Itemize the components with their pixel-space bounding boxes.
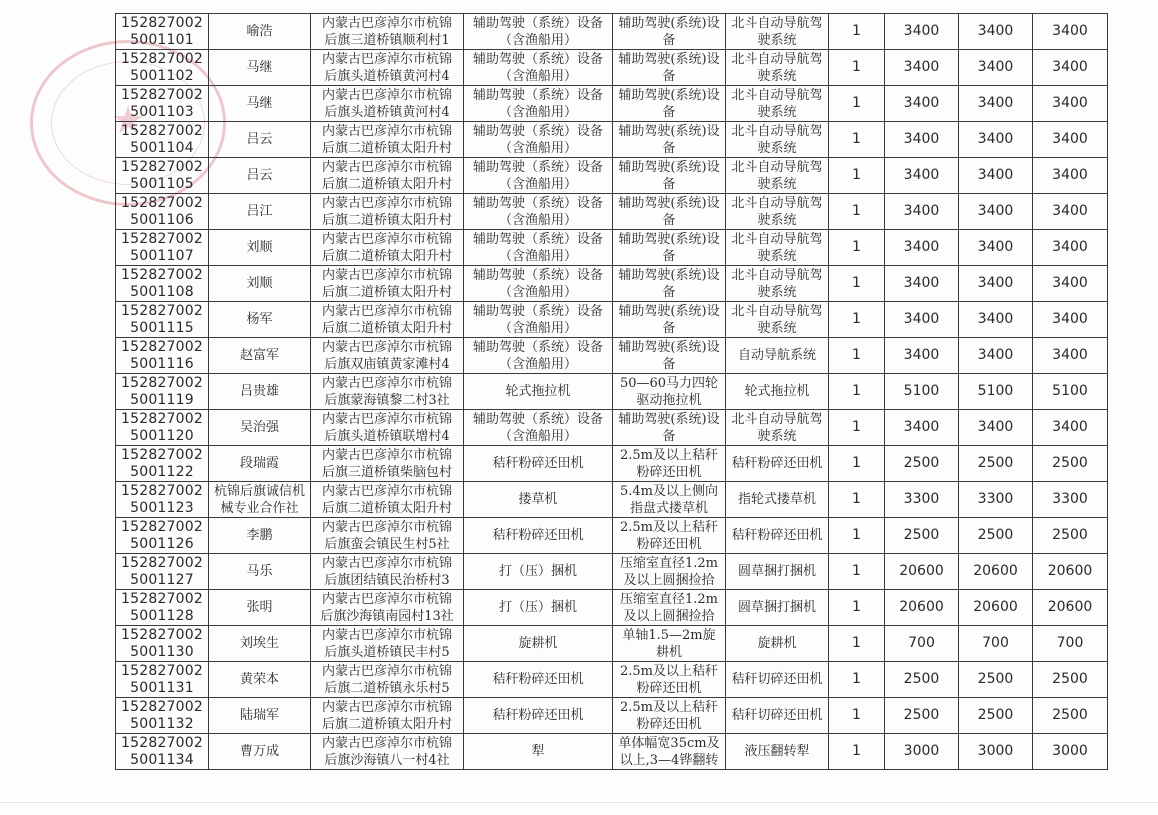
cell-machine-grade: 辅助驾驶(系统)设备	[613, 230, 726, 266]
cell-line: 152827002	[118, 663, 206, 680]
cell-application-id: 1528270025001103	[116, 86, 209, 122]
cell-machine-grade: 辅助驾驶(系统)设备	[613, 266, 726, 302]
cell-line: （含渔船用）	[466, 428, 610, 445]
cell-machine-grade: 5.4m及以上侧向指盘式搂草机	[613, 482, 726, 518]
cell-subsidy-total: 20600	[1033, 554, 1108, 590]
cell-line: 5001120	[118, 428, 206, 445]
cell-applicant-name: 吕云	[209, 158, 311, 194]
table-body: 1528270025001101喻浩内蒙古巴彦淖尔市杭锦后旗三道桥镇顺利村1辅助…	[116, 14, 1108, 770]
cell-line: 后旗二道桥镇太阳升村	[313, 716, 461, 733]
cell-subsidy-standard: 2500	[885, 698, 959, 734]
cell-line: 内蒙古巴彦淖尔市杭锦	[313, 411, 461, 428]
table-row: 1528270025001106吕江内蒙古巴彦淖尔市杭锦后旗二道桥镇太阳升村辅助…	[116, 194, 1108, 230]
cell-applicant-name: 张明	[209, 590, 311, 626]
table-row: 1528270025001122段瑞霞内蒙古巴彦淖尔市杭锦后旗三道桥镇柴脑包村秸…	[116, 446, 1108, 482]
cell-subsidy-amount: 3400	[959, 86, 1033, 122]
cell-quantity: 1	[829, 374, 885, 410]
cell-machine-grade: 单轴1.5—2m旋耕机	[613, 626, 726, 662]
cell-machine-grade: 2.5m及以上秸秆粉碎还田机	[613, 446, 726, 482]
cell-line: 内蒙古巴彦淖尔市杭锦	[313, 663, 461, 680]
cell-machine-category: 辅助驾驶（系统）设备（含渔船用）	[464, 410, 613, 446]
cell-line: 粉碎还田机	[615, 464, 723, 481]
cell-line: 驶系统	[728, 104, 826, 121]
cell-line: 圆草捆打捆机	[728, 563, 826, 580]
cell-line: 内蒙古巴彦淖尔市杭锦	[313, 627, 461, 644]
cell-machine-category: 辅助驾驶（系统）设备（含渔船用）	[464, 50, 613, 86]
cell-line: 单体幅宽35cm及	[615, 735, 723, 752]
cell-machine-category: 辅助驾驶（系统）设备（含渔船用）	[464, 14, 613, 50]
cell-machine-grade: 单体幅宽35cm及以上,3—4铧翻转	[613, 734, 726, 770]
cell-line: 辅助驾驶（系统）设备	[466, 411, 610, 428]
cell-line: 后旗二道桥镇太阳升村	[313, 176, 461, 193]
cell-address: 内蒙古巴彦淖尔市杭锦后旗二道桥镇太阳升村	[311, 194, 464, 230]
cell-machine-model: 圆草捆打捆机	[726, 554, 829, 590]
cell-machine-grade: 辅助驾驶(系统)设备	[613, 14, 726, 50]
cell-line: 打（压）捆机	[466, 599, 610, 616]
cell-line: 后旗二道桥镇太阳升村	[313, 212, 461, 229]
cell-applicant-name: 吕江	[209, 194, 311, 230]
cell-subsidy-standard: 3400	[885, 302, 959, 338]
cell-line: 152827002	[118, 87, 206, 104]
cell-line: 152827002	[118, 447, 206, 464]
cell-applicant-name: 马乐	[209, 554, 311, 590]
table-row: 1528270025001131黄荣本内蒙古巴彦淖尔市杭锦后旗二道桥镇永乐村5秸…	[116, 662, 1108, 698]
cell-line: 北斗自动导航驾	[728, 123, 826, 140]
cell-line: 及以上圆捆捡拾	[615, 572, 723, 589]
cell-quantity: 1	[829, 86, 885, 122]
table-row: 1528270025001128张明内蒙古巴彦淖尔市杭锦后旗沙海镇南园村13社打…	[116, 590, 1108, 626]
cell-machine-model: 北斗自动导航驾驶系统	[726, 14, 829, 50]
table-row: 1528270025001123杭锦后旗诚信机械专业合作社内蒙古巴彦淖尔市杭锦后…	[116, 482, 1108, 518]
cell-line: 后旗沙海镇八一村4社	[313, 752, 461, 769]
cell-subsidy-standard: 3400	[885, 230, 959, 266]
cell-subsidy-standard: 2500	[885, 662, 959, 698]
cell-line: 液压翻转犁	[728, 743, 826, 760]
cell-line: 152827002	[118, 375, 206, 392]
cell-line: 50—60马力四轮	[615, 375, 723, 392]
cell-line: 辅助驾驶(系统)设	[615, 303, 723, 320]
cell-line: 152827002	[118, 519, 206, 536]
cell-machine-model: 轮式拖拉机	[726, 374, 829, 410]
cell-subsidy-standard: 20600	[885, 554, 959, 590]
cell-line: 后旗二道桥镇太阳升村	[313, 320, 461, 337]
cell-address: 内蒙古巴彦淖尔市杭锦后旗二道桥镇永乐村5	[311, 662, 464, 698]
cell-subsidy-standard: 20600	[885, 590, 959, 626]
cell-subsidy-total: 3400	[1033, 194, 1108, 230]
cell-line: 辅助驾驶(系统)设	[615, 267, 723, 284]
cell-machine-model: 秸秆粉碎还田机	[726, 518, 829, 554]
cell-line: 秸秆切碎还田机	[728, 707, 826, 724]
cell-machine-grade: 压缩室直径1.2m及以上圆捆捡拾	[613, 554, 726, 590]
cell-subsidy-total: 3000	[1033, 734, 1108, 770]
cell-line: 备	[615, 32, 723, 49]
cell-line: 152827002	[118, 411, 206, 428]
table-row: 1528270025001105吕云内蒙古巴彦淖尔市杭锦后旗二道桥镇太阳升村辅助…	[116, 158, 1108, 194]
cell-application-id: 1528270025001127	[116, 554, 209, 590]
cell-line: 5001130	[118, 644, 206, 661]
cell-line: 内蒙古巴彦淖尔市杭锦	[313, 123, 461, 140]
cell-machine-category: 搂草机	[464, 482, 613, 518]
table-row: 1528270025001104吕云内蒙古巴彦淖尔市杭锦后旗二道桥镇太阳升村辅助…	[116, 122, 1108, 158]
cell-subsidy-amount: 20600	[959, 554, 1033, 590]
cell-line: 152827002	[118, 123, 206, 140]
cell-line: （含渔船用）	[466, 32, 610, 49]
cell-line: 152827002	[118, 483, 206, 500]
cell-application-id: 1528270025001119	[116, 374, 209, 410]
cell-line: 5001123	[118, 500, 206, 517]
cell-machine-grade: 辅助驾驶(系统)设备	[613, 122, 726, 158]
cell-subsidy-amount: 3400	[959, 158, 1033, 194]
cell-line: 5001106	[118, 212, 206, 229]
cell-line: 犁	[466, 743, 610, 760]
table-row: 1528270025001107刘顺内蒙古巴彦淖尔市杭锦后旗二道桥镇太阳升村辅助…	[116, 230, 1108, 266]
cell-line: 152827002	[118, 627, 206, 644]
table-row: 1528270025001134曹万成内蒙古巴彦淖尔市杭锦后旗沙海镇八一村4社犁…	[116, 734, 1108, 770]
cell-subsidy-amount: 3000	[959, 734, 1033, 770]
cell-machine-category: 辅助驾驶（系统）设备（含渔船用）	[464, 302, 613, 338]
cell-subsidy-amount: 2500	[959, 518, 1033, 554]
cell-quantity: 1	[829, 122, 885, 158]
cell-line: 5001131	[118, 680, 206, 697]
cell-machine-category: 秸秆粉碎还田机	[464, 518, 613, 554]
cell-machine-model: 指轮式搂草机	[726, 482, 829, 518]
cell-line: 5001107	[118, 248, 206, 265]
cell-address: 内蒙古巴彦淖尔市杭锦后旗二道桥镇太阳升村	[311, 230, 464, 266]
cell-application-id: 1528270025001128	[116, 590, 209, 626]
cell-line: 辅助驾驶（系统）设备	[466, 51, 610, 68]
cell-subsidy-total: 3400	[1033, 14, 1108, 50]
cell-line: 辅助驾驶(系统)设	[615, 51, 723, 68]
cell-subsidy-amount: 3400	[959, 230, 1033, 266]
cell-subsidy-total: 3400	[1033, 230, 1108, 266]
cell-machine-model: 北斗自动导航驾驶系统	[726, 194, 829, 230]
cell-quantity: 1	[829, 626, 885, 662]
cell-line: 辅助驾驶(系统)设	[615, 159, 723, 176]
cell-line: 内蒙古巴彦淖尔市杭锦	[313, 375, 461, 392]
cell-quantity: 1	[829, 446, 885, 482]
cell-line: 152827002	[118, 735, 206, 752]
cell-application-id: 1528270025001104	[116, 122, 209, 158]
cell-line: 内蒙古巴彦淖尔市杭锦	[313, 267, 461, 284]
cell-line: 内蒙古巴彦淖尔市杭锦	[313, 591, 461, 608]
cell-subsidy-standard: 2500	[885, 518, 959, 554]
cell-line: 152827002	[118, 195, 206, 212]
cell-application-id: 1528270025001102	[116, 50, 209, 86]
cell-subsidy-standard: 3400	[885, 158, 959, 194]
cell-applicant-name: 曹万成	[209, 734, 311, 770]
cell-machine-category: 辅助驾驶（系统）设备（含渔船用）	[464, 338, 613, 374]
cell-application-id: 1528270025001130	[116, 626, 209, 662]
subsidy-table: 1528270025001101喻浩内蒙古巴彦淖尔市杭锦后旗三道桥镇顺利村1辅助…	[115, 13, 1108, 770]
cell-applicant-name: 刘埃生	[209, 626, 311, 662]
cell-applicant-name: 赵富军	[209, 338, 311, 374]
cell-line: 5001119	[118, 392, 206, 409]
cell-line: 压缩室直径1.2m	[615, 555, 723, 572]
cell-applicant-name: 马继	[209, 50, 311, 86]
cell-machine-grade: 2.5m及以上秸秆粉碎还田机	[613, 518, 726, 554]
cell-line: 辅助驾驶（系统）设备	[466, 267, 610, 284]
table-row: 1528270025001101喻浩内蒙古巴彦淖尔市杭锦后旗三道桥镇顺利村1辅助…	[116, 14, 1108, 50]
cell-line: 辅助驾驶(系统)设	[615, 231, 723, 248]
cell-line: 152827002	[118, 339, 206, 356]
cell-quantity: 1	[829, 194, 885, 230]
cell-subsidy-amount: 2500	[959, 446, 1033, 482]
cell-line: 打（压）捆机	[466, 563, 610, 580]
cell-line: 粉碎还田机	[615, 536, 723, 553]
cell-subsidy-total: 2500	[1033, 518, 1108, 554]
cell-line: 驶系统	[728, 140, 826, 157]
cell-applicant-name: 喻浩	[209, 14, 311, 50]
cell-line: 后旗二道桥镇永乐村5	[313, 680, 461, 697]
cell-line: 后旗头道桥镇联增村4	[313, 428, 461, 445]
cell-machine-model: 北斗自动导航驾驶系统	[726, 302, 829, 338]
cell-line: 辅助驾驶（系统）设备	[466, 231, 610, 248]
cell-line: 北斗自动导航驾	[728, 15, 826, 32]
cell-line: 后旗二道桥镇太阳升村	[313, 284, 461, 301]
cell-line: 北斗自动导航驾	[728, 51, 826, 68]
table-row: 1528270025001108刘顺内蒙古巴彦淖尔市杭锦后旗二道桥镇太阳升村辅助…	[116, 266, 1108, 302]
cell-machine-grade: 辅助驾驶(系统)设备	[613, 86, 726, 122]
cell-line: 152827002	[118, 159, 206, 176]
cell-subsidy-standard: 3300	[885, 482, 959, 518]
cell-subsidy-total: 2500	[1033, 698, 1108, 734]
cell-line: 北斗自动导航驾	[728, 159, 826, 176]
cell-machine-model: 北斗自动导航驾驶系统	[726, 230, 829, 266]
cell-line: 秸秆粉碎还田机	[466, 527, 610, 544]
cell-applicant-name: 吴治强	[209, 410, 311, 446]
cell-line: 驶系统	[728, 284, 826, 301]
cell-applicant-name: 李鹏	[209, 518, 311, 554]
cell-line: 5001126	[118, 536, 206, 553]
cell-line: 备	[615, 212, 723, 229]
cell-line: 指轮式搂草机	[728, 491, 826, 508]
cell-address: 内蒙古巴彦淖尔市杭锦后旗二道桥镇太阳升村	[311, 698, 464, 734]
cell-line: 辅助驾驶（系统）设备	[466, 339, 610, 356]
cell-machine-grade: 2.5m及以上秸秆粉碎还田机	[613, 698, 726, 734]
cell-line: 152827002	[118, 231, 206, 248]
cell-line: 后旗双庙镇黄家滩村4	[313, 356, 461, 373]
cell-quantity: 1	[829, 158, 885, 194]
cell-machine-category: 轮式拖拉机	[464, 374, 613, 410]
table-row: 1528270025001130刘埃生内蒙古巴彦淖尔市杭锦后旗头道桥镇民丰村5旋…	[116, 626, 1108, 662]
cell-address: 内蒙古巴彦淖尔市杭锦后旗头道桥镇联增村4	[311, 410, 464, 446]
table-row: 1528270025001103马继内蒙古巴彦淖尔市杭锦后旗头道桥镇黄河村4辅助…	[116, 86, 1108, 122]
cell-line: （含渔船用）	[466, 320, 610, 337]
cell-address: 内蒙古巴彦淖尔市杭锦后旗二道桥镇太阳升村	[311, 266, 464, 302]
cell-address: 内蒙古巴彦淖尔市杭锦后旗蛮会镇民生村5社	[311, 518, 464, 554]
cell-line: 5001105	[118, 176, 206, 193]
cell-line: 辅助驾驶(系统)设	[615, 339, 723, 356]
cell-machine-category: 犁	[464, 734, 613, 770]
cell-line: 后旗蒙海镇黎二村3社	[313, 392, 461, 409]
cell-line: 压缩室直径1.2m	[615, 591, 723, 608]
cell-subsidy-amount: 3400	[959, 338, 1033, 374]
cell-machine-grade: 辅助驾驶(系统)设备	[613, 302, 726, 338]
cell-line: 内蒙古巴彦淖尔市杭锦	[313, 195, 461, 212]
cell-line: 秸秆粉碎还田机	[466, 671, 610, 688]
cell-applicant-name: 刘顺	[209, 266, 311, 302]
cell-line: 北斗自动导航驾	[728, 87, 826, 104]
cell-subsidy-standard: 3400	[885, 14, 959, 50]
cell-address: 内蒙古巴彦淖尔市杭锦后旗三道桥镇顺利村1	[311, 14, 464, 50]
cell-line: 5001134	[118, 752, 206, 769]
cell-line: 5001128	[118, 608, 206, 625]
cell-line: 5001108	[118, 284, 206, 301]
cell-subsidy-standard: 3400	[885, 338, 959, 374]
cell-line: 后旗团结镇民治桥村3	[313, 572, 461, 589]
cell-subsidy-standard: 3400	[885, 122, 959, 158]
cell-line: 驶系统	[728, 32, 826, 49]
cell-line: 备	[615, 104, 723, 121]
cell-subsidy-amount: 20600	[959, 590, 1033, 626]
cell-subsidy-total: 3400	[1033, 50, 1108, 86]
cell-line: 北斗自动导航驾	[728, 195, 826, 212]
cell-applicant-name: 杭锦后旗诚信机械专业合作社	[209, 482, 311, 518]
cell-line: 内蒙古巴彦淖尔市杭锦	[313, 303, 461, 320]
cell-subsidy-amount: 3400	[959, 410, 1033, 446]
cell-line: 内蒙古巴彦淖尔市杭锦	[313, 555, 461, 572]
cell-line: 指盘式搂草机	[615, 500, 723, 517]
cell-machine-category: 辅助驾驶（系统）设备（含渔船用）	[464, 122, 613, 158]
cell-subsidy-amount: 3400	[959, 122, 1033, 158]
cell-quantity: 1	[829, 302, 885, 338]
cell-line: 内蒙古巴彦淖尔市杭锦	[313, 447, 461, 464]
cell-line: 辅助驾驶(系统)设	[615, 15, 723, 32]
table-row: 1528270025001119吕贵雄内蒙古巴彦淖尔市杭锦后旗蒙海镇黎二村3社轮…	[116, 374, 1108, 410]
scanned-page: ★ 1528270025001101喻浩内蒙古巴彦淖尔市杭锦后旗三道桥镇顺利村1…	[0, 0, 1158, 815]
cell-machine-category: 辅助驾驶（系统）设备（含渔船用）	[464, 230, 613, 266]
cell-quantity: 1	[829, 410, 885, 446]
cell-applicant-name: 陆瑞军	[209, 698, 311, 734]
cell-machine-category: 打（压）捆机	[464, 590, 613, 626]
cell-line: 后旗沙海镇南园村13社	[313, 608, 461, 625]
cell-line: （含渔船用）	[466, 248, 610, 265]
cell-line: 5001116	[118, 356, 206, 373]
cell-line: 后旗头道桥镇黄河村4	[313, 68, 461, 85]
cell-line: 辅助驾驶（系统）设备	[466, 195, 610, 212]
cell-machine-model: 北斗自动导航驾驶系统	[726, 50, 829, 86]
cell-line: 2.5m及以上秸秆	[615, 519, 723, 536]
cell-line: （含渔船用）	[466, 212, 610, 229]
cell-address: 内蒙古巴彦淖尔市杭锦后旗沙海镇八一村4社	[311, 734, 464, 770]
cell-machine-grade: 压缩室直径1.2m及以上圆捆捡拾	[613, 590, 726, 626]
cell-machine-grade: 辅助驾驶(系统)设备	[613, 338, 726, 374]
cell-address: 内蒙古巴彦淖尔市杭锦后旗团结镇民治桥村3	[311, 554, 464, 590]
cell-subsidy-amount: 3400	[959, 194, 1033, 230]
cell-quantity: 1	[829, 266, 885, 302]
cell-line: 备	[615, 356, 723, 373]
cell-line: 5001127	[118, 572, 206, 589]
cell-line: 旋耕机	[466, 635, 610, 652]
cell-line: 内蒙古巴彦淖尔市杭锦	[313, 15, 461, 32]
cell-line: 内蒙古巴彦淖尔市杭锦	[313, 159, 461, 176]
cell-line: 备	[615, 248, 723, 265]
cell-quantity: 1	[829, 590, 885, 626]
cell-subsidy-total: 2500	[1033, 662, 1108, 698]
cell-quantity: 1	[829, 482, 885, 518]
cell-line: （含渔船用）	[466, 104, 610, 121]
cell-quantity: 1	[829, 518, 885, 554]
cell-application-id: 1528270025001132	[116, 698, 209, 734]
cell-line: 内蒙古巴彦淖尔市杭锦	[313, 735, 461, 752]
cell-line: 秸秆粉碎还田机	[466, 707, 610, 724]
cell-line: 5001104	[118, 140, 206, 157]
cell-subsidy-total: 3400	[1033, 410, 1108, 446]
table-row: 1528270025001115杨军内蒙古巴彦淖尔市杭锦后旗二道桥镇太阳升村辅助…	[116, 302, 1108, 338]
cell-line: 内蒙古巴彦淖尔市杭锦	[313, 519, 461, 536]
cell-subsidy-amount: 2500	[959, 698, 1033, 734]
page-edge-line	[0, 802, 1158, 803]
cell-line: 后旗三道桥镇顺利村1	[313, 32, 461, 49]
cell-line: 152827002	[118, 555, 206, 572]
cell-machine-category: 打（压）捆机	[464, 554, 613, 590]
cell-subsidy-total: 2500	[1033, 446, 1108, 482]
cell-application-id: 1528270025001123	[116, 482, 209, 518]
cell-line: 粉碎还田机	[615, 716, 723, 733]
cell-line: 2.5m及以上秸秆	[615, 447, 723, 464]
cell-machine-category: 辅助驾驶（系统）设备（含渔船用）	[464, 158, 613, 194]
cell-subsidy-amount: 3400	[959, 302, 1033, 338]
cell-line: 5001115	[118, 320, 206, 337]
cell-line: 及以上圆捆捡拾	[615, 608, 723, 625]
cell-subsidy-amount: 3300	[959, 482, 1033, 518]
table-row: 1528270025001116赵富军内蒙古巴彦淖尔市杭锦后旗双庙镇黄家滩村4辅…	[116, 338, 1108, 374]
cell-machine-grade: 辅助驾驶(系统)设备	[613, 410, 726, 446]
cell-line: 内蒙古巴彦淖尔市杭锦	[313, 339, 461, 356]
cell-line: 辅助驾驶（系统）设备	[466, 87, 610, 104]
cell-line: 152827002	[118, 591, 206, 608]
cell-machine-grade: 辅助驾驶(系统)设备	[613, 50, 726, 86]
cell-subsidy-total: 3400	[1033, 86, 1108, 122]
cell-line: 152827002	[118, 267, 206, 284]
cell-line: 备	[615, 68, 723, 85]
cell-machine-category: 秸秆粉碎还田机	[464, 662, 613, 698]
cell-machine-model: 北斗自动导航驾驶系统	[726, 158, 829, 194]
cell-address: 内蒙古巴彦淖尔市杭锦后旗头道桥镇黄河村4	[311, 86, 464, 122]
cell-line: 秸秆粉碎还田机	[466, 455, 610, 472]
cell-subsidy-amount: 3400	[959, 266, 1033, 302]
cell-line: 辅助驾驶（系统）设备	[466, 159, 610, 176]
cell-line: 辅助驾驶（系统）设备	[466, 15, 610, 32]
cell-line: 秸秆粉碎还田机	[728, 455, 826, 472]
cell-line: 秸秆切碎还田机	[728, 671, 826, 688]
cell-application-id: 1528270025001106	[116, 194, 209, 230]
cell-address: 内蒙古巴彦淖尔市杭锦后旗二道桥镇太阳升村	[311, 302, 464, 338]
cell-line: 轮式拖拉机	[466, 383, 610, 400]
cell-line: 152827002	[118, 15, 206, 32]
cell-quantity: 1	[829, 338, 885, 374]
cell-machine-model: 自动导航系统	[726, 338, 829, 374]
cell-line: 驶系统	[728, 212, 826, 229]
cell-address: 内蒙古巴彦淖尔市杭锦后旗头道桥镇黄河村4	[311, 50, 464, 86]
table-row: 1528270025001102马继内蒙古巴彦淖尔市杭锦后旗头道桥镇黄河村4辅助…	[116, 50, 1108, 86]
table-row: 1528270025001127马乐内蒙古巴彦淖尔市杭锦后旗团结镇民治桥村3打（…	[116, 554, 1108, 590]
cell-line: 备	[615, 140, 723, 157]
cell-line: 5001132	[118, 716, 206, 733]
cell-line: 驶系统	[728, 68, 826, 85]
cell-quantity: 1	[829, 230, 885, 266]
cell-applicant-name: 段瑞霞	[209, 446, 311, 482]
cell-subsidy-total: 3400	[1033, 338, 1108, 374]
cell-subsidy-standard: 2500	[885, 446, 959, 482]
cell-quantity: 1	[829, 734, 885, 770]
cell-subsidy-amount: 700	[959, 626, 1033, 662]
cell-subsidy-total: 700	[1033, 626, 1108, 662]
cell-application-id: 1528270025001122	[116, 446, 209, 482]
cell-applicant-name: 马继	[209, 86, 311, 122]
cell-applicant-name: 杨军	[209, 302, 311, 338]
cell-applicant-name: 吕云	[209, 122, 311, 158]
